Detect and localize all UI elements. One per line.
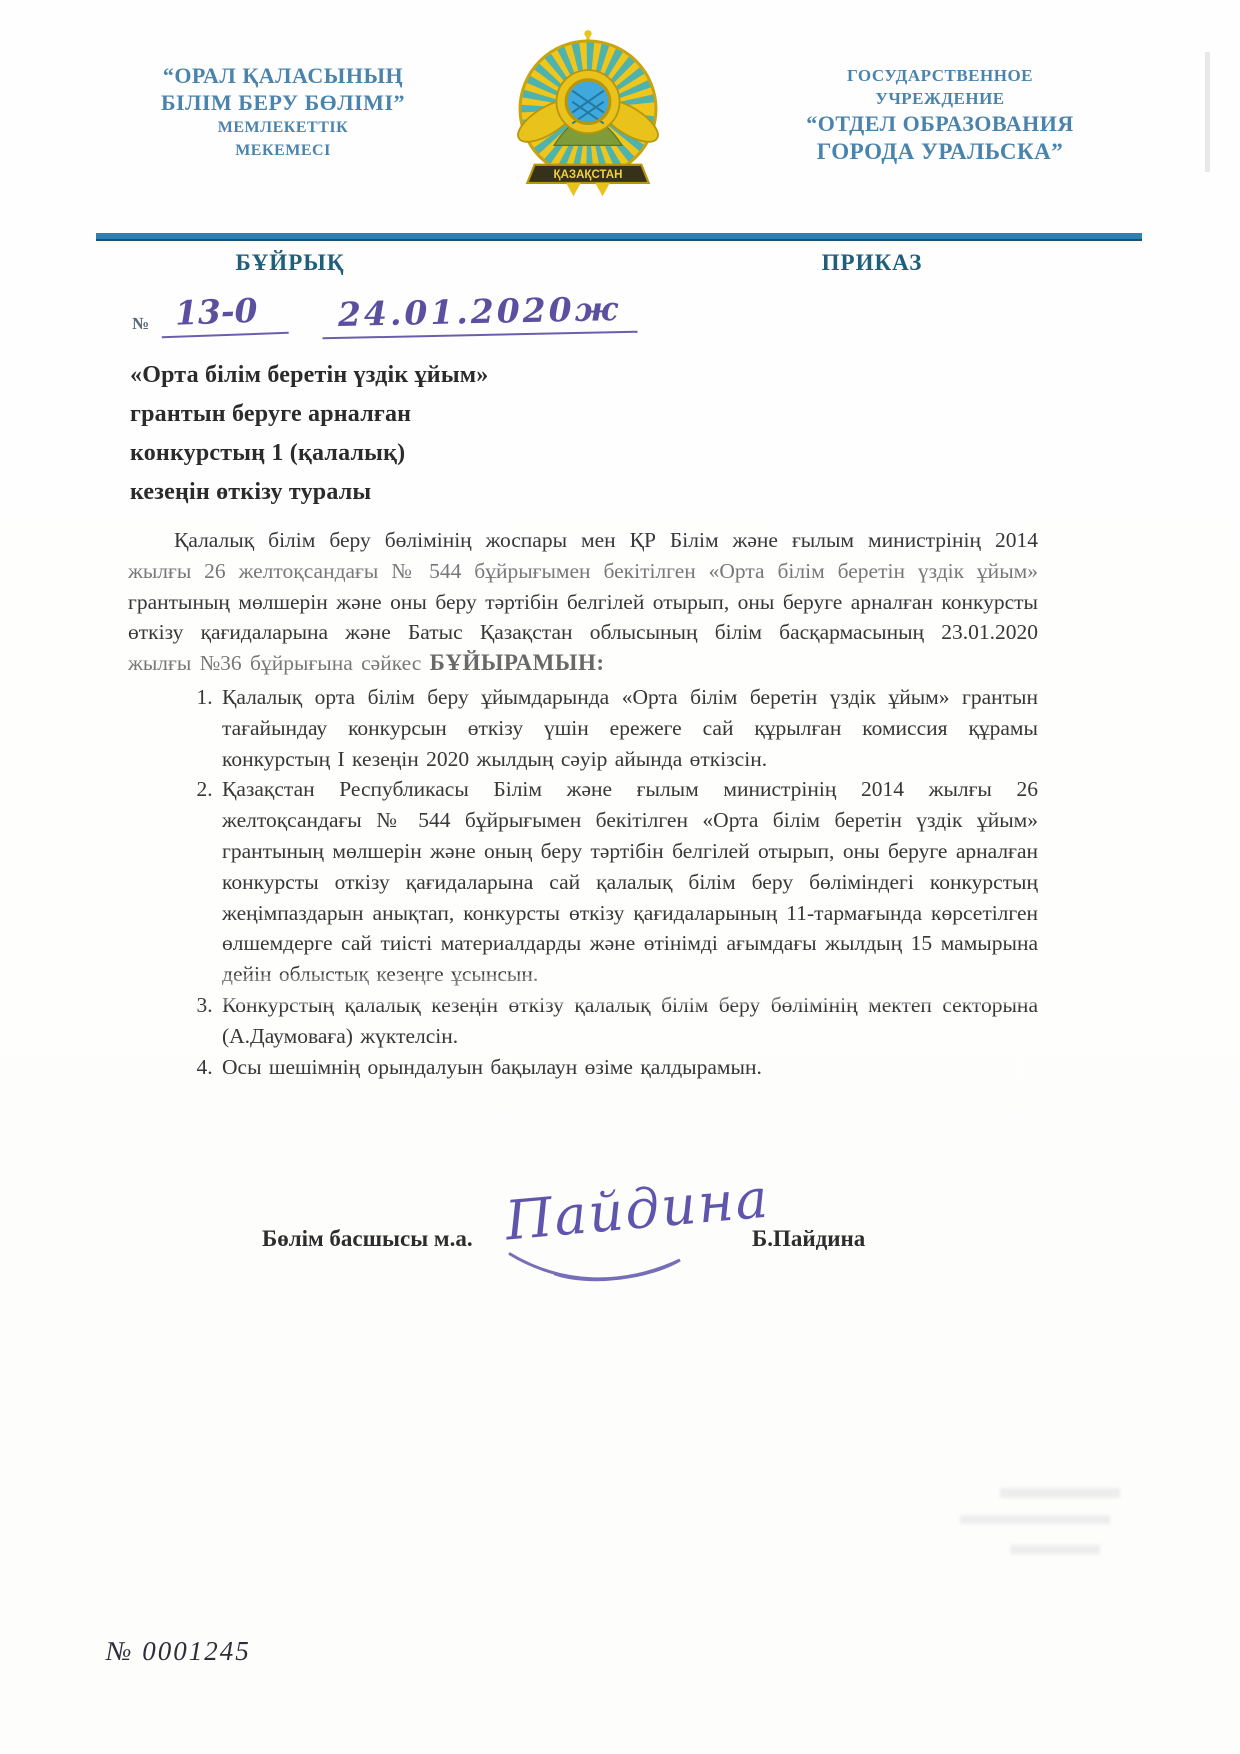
order-preamble: Қалалық білім беру бөлімінің жоспары мен… [128,525,1038,679]
scanned-order-document: “ОРАЛ ҚАЛАСЫНЫҢ БІЛІМ БЕРУ БӨЛІМІ” МЕМЛЕ… [0,0,1240,1754]
order-title: «Орта білім беретін үздік ұйым» грантын … [130,356,690,512]
order-heading-russian: ПРИКАЗ [722,250,1022,276]
form-serial-number: № 0001245 [106,1636,251,1667]
handwritten-order-number: 13-0 [160,290,288,338]
org-name-kz-line2: БІЛІМ БЕРУ БӨЛІМІ” [118,89,448,116]
scan-smudge-artifact [960,1515,1110,1524]
signatory-name: Б.Пайдина [752,1226,865,1252]
order-title-line-3: конкурстың 1 (қалалық) [130,434,690,473]
directive-item-2: Қазақстан Республикасы Білім және ғылым … [220,774,1038,990]
org-type-ru-line1: ГОСУДАРСТВЕННОЕ [730,64,1150,87]
signature-flourish [500,1240,730,1290]
order-body: Қалалық білім беру бөлімінің жоспары мен… [128,525,1038,1082]
org-name-kz-line1: “ОРАЛ ҚАЛАСЫНЫҢ [118,62,448,89]
letterhead-kazakh: “ОРАЛ ҚАЛАСЫНЫҢ БІЛІМ БЕРУ БӨЛІМІ” МЕМЛЕ… [118,62,448,162]
letterhead-russian: ГОСУДАРСТВЕННОЕ УЧРЕЖДЕНИЕ “ОТДЕЛ ОБРАЗО… [730,64,1150,166]
order-heading-kazakh: БҰЙРЫҚ [150,250,430,276]
kazakhstan-emblem-icon: ҚАЗАҚСТАН [502,24,674,206]
org-type-kz-line1: МЕМЛЕКЕТТІК [118,116,448,139]
emblem-banner-text: ҚАЗАҚСТАН [554,169,623,181]
order-number-line: № 13-0 24.01.2020ж [132,292,636,336]
order-directives-list: Қалалық орта білім беру ұйымдарында «Орт… [128,682,1038,1082]
org-name-ru-line2: ГОРОДА УРАЛЬСКА” [730,137,1150,166]
scan-edge-artifact [1205,52,1210,172]
letterhead-divider [96,233,1142,241]
directive-item-3: Конкурстың қалалық кезеңін өткізу қалалы… [220,990,1038,1052]
number-sign-label: № [132,314,149,333]
decree-word: БҰЙЫРАМЫН: [430,650,605,675]
order-title-line-4: кезеңін өткізу туралы [130,473,690,512]
directive-item-4: Осы шешімнің орындалуын бақылаун өзіме қ… [220,1052,1038,1083]
handwritten-order-date: 24.01.2020ж [321,289,637,340]
order-title-line-1: «Орта білім беретін үздік ұйым» [130,356,690,395]
org-name-ru-line1: “ОТДЕЛ ОБРАЗОВАНИЯ [730,110,1150,137]
signatory-role-label: Бөлім басшысы м.а. [262,1226,473,1252]
org-type-kz-line2: МЕКЕМЕСІ [118,139,448,162]
order-title-line-2: грантын беруге арналған [130,395,690,434]
directive-item-1: Қалалық орта білім беру ұйымдарында «Орт… [220,682,1038,774]
scan-smudge-artifact [1010,1545,1100,1554]
scan-smudge-artifact [1000,1488,1120,1498]
org-type-ru-line2: УЧРЕЖДЕНИЕ [730,87,1150,110]
